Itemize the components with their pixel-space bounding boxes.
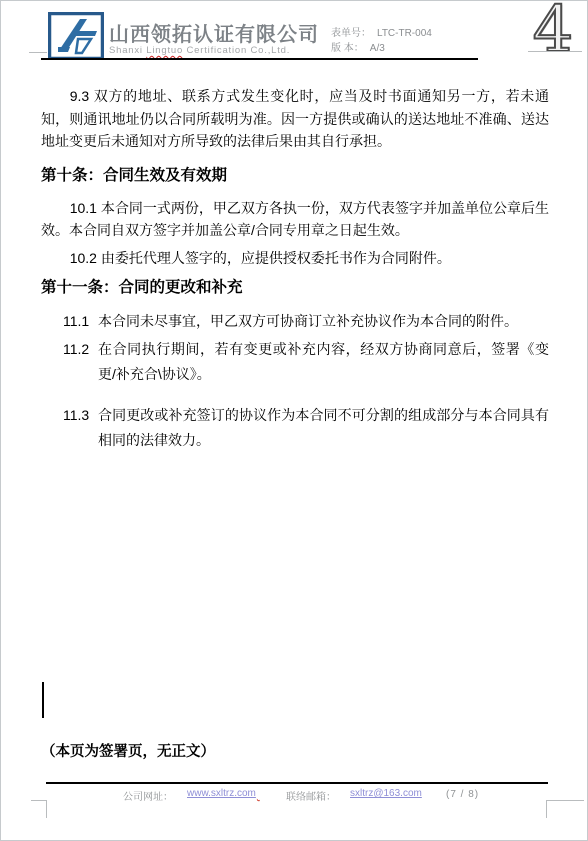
form-number-row: 表单号： LTC-TR-004 xyxy=(331,26,432,41)
website-label: 公司网址： xyxy=(123,788,173,803)
version-row: 版 本： A/3 xyxy=(331,41,432,56)
company-name-en: Shanxi Lingtuo Certification Co.,Ltd. xyxy=(109,45,290,56)
form-meta: 表单号： LTC-TR-004 版 本： A/3 xyxy=(331,26,432,56)
clause-text: 在合同执行期间，若有变更或补充内容，经双方协商同意后，签署《变更/补充合\协议》… xyxy=(98,341,549,382)
footer-email-group: 联络邮箱： sxltrz@163.com xyxy=(286,788,422,803)
heading-article-10: 第十条：合同生效及有效期 xyxy=(41,165,549,187)
footer-rule xyxy=(46,782,548,784)
clause-number: 11.3 xyxy=(63,403,89,428)
form-number-value: LTC-TR-004 xyxy=(377,26,432,41)
company-en-misspelled-word: Lingtuo xyxy=(146,45,183,56)
form-number-label: 表单号： xyxy=(331,26,371,41)
clause-text: 本合同未尽事宜，甲乙双方可协商订立补充协议作为本合同的附件。 xyxy=(98,313,518,329)
clause-11-3: 11.3 合同更改或补充签订的协议作为本合同不可分割的组成部分与本合同具有相同的… xyxy=(41,403,549,453)
website-link[interactable]: www.sxltrz.com xyxy=(187,788,256,799)
email-label: 联络邮箱： xyxy=(286,788,336,803)
margin-corner-mark-bottom-right xyxy=(546,800,584,818)
lingtuo-logo-icon xyxy=(48,12,104,60)
clause-text: 合同更改或补充签订的协议作为本合同不可分割的组成部分与本合同具有相同的法律效力。 xyxy=(98,407,549,448)
company-en-part: Certification Co.,Ltd. xyxy=(183,45,290,56)
signature-page-note: （本页为签署页，无正文） xyxy=(41,740,215,761)
margin-corner-mark-bottom-left xyxy=(31,800,47,818)
version-label: 版 本： xyxy=(331,41,364,56)
clause-number: 11.2 xyxy=(63,337,89,362)
company-en-part: Shanxi xyxy=(109,45,146,56)
version-value: A/3 xyxy=(370,41,385,56)
email-link[interactable]: sxltrz@163.com xyxy=(350,788,422,803)
clause-10-1: 10.1 本合同一式两份，甲乙双方各执一份，双方代表签字并加盖单位公章后生效。本… xyxy=(41,197,549,242)
header-rule xyxy=(41,58,478,60)
header-margin-mark-left xyxy=(29,52,47,53)
page-footer: 公司网址： www.sxltrz.com 联络邮箱： sxltrz@163.co… xyxy=(1,788,588,804)
header-margin-mark-right xyxy=(528,51,582,52)
header-ornament-number: 4 xyxy=(525,0,581,63)
revision-change-bar xyxy=(42,682,44,718)
clause-10-2: 10.2 由委托代理人签字的，应提供授权委托书作为合同附件。 xyxy=(41,247,549,270)
clause-number: 11.1 xyxy=(63,309,89,334)
company-name-cn: 山西领拓认证有限公司 xyxy=(109,18,319,47)
clause-9-3: 9.3 双方的地址、联系方式发生变化时，应当及时书面通知另一方，若未通知，则通讯… xyxy=(41,85,549,153)
document-page: 山西领拓认证有限公司 Shanxi Lingtuo Certification … xyxy=(0,0,588,841)
spellcheck-mark xyxy=(257,788,263,798)
clause-11-2: 11.2 在合同执行期间，若有变更或补充内容，经双方协商同意后，签署《变更/补充… xyxy=(41,337,549,387)
document-body: 9.3 双方的地址、联系方式发生变化时，应当及时书面通知另一方，若未通知，则通讯… xyxy=(41,85,549,453)
footer-website-group: 公司网址： www.sxltrz.com xyxy=(123,788,263,803)
heading-article-11: 第十一条：合同的更改和补充 xyxy=(41,277,549,299)
page-number-indicator: (7 / 8) xyxy=(446,789,479,800)
clause-11-1: 11.1 本合同未尽事宜，甲乙双方可协商订立补充协议作为本合同的附件。 xyxy=(41,309,549,334)
